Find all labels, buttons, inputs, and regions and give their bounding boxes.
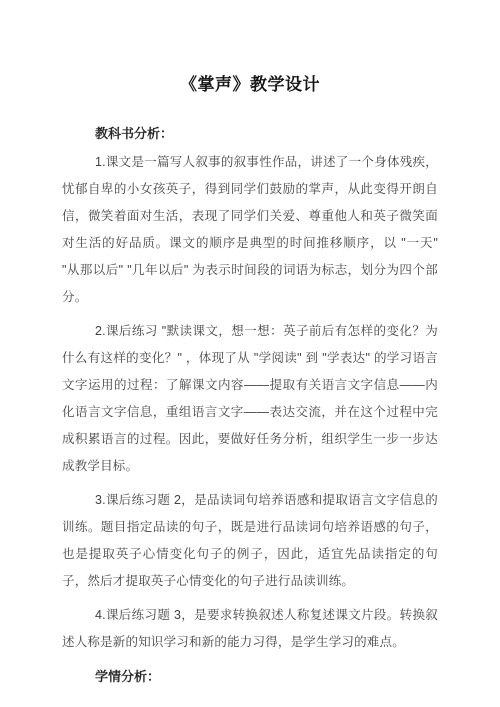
page-title: 《掌声》教学设计 — [62, 72, 438, 98]
paragraph-textbook-analysis-4: 4.课后练习题 3，是要求转换叙述人称复述课文片段。转换叙述人称是新的知识学习和… — [62, 602, 438, 656]
document-page: 《掌声》教学设计 教科书分析： 1.课文是一篇写人叙事的叙事性作品，讲述了一个身… — [0, 0, 500, 707]
paragraph-textbook-analysis-3: 3.课后练习题 2，是品读词句培养语感和提取语言文字信息的训练。题目指定品读的句… — [62, 487, 438, 595]
section-heading-textbook-analysis: 教科书分析： — [62, 120, 438, 147]
paragraph-textbook-analysis-2: 2.课后练习 "默读课文，想一想：英子前后有怎样的变化？为什么有这样的变化？" … — [62, 318, 438, 480]
section-heading-learner-analysis: 学情分析： — [62, 663, 438, 690]
paragraph-textbook-analysis-1: 1.课文是一篇写人叙事的叙事性作品，讲述了一个身体残疾，忧郁自卑的小女孩英子，得… — [62, 149, 438, 311]
